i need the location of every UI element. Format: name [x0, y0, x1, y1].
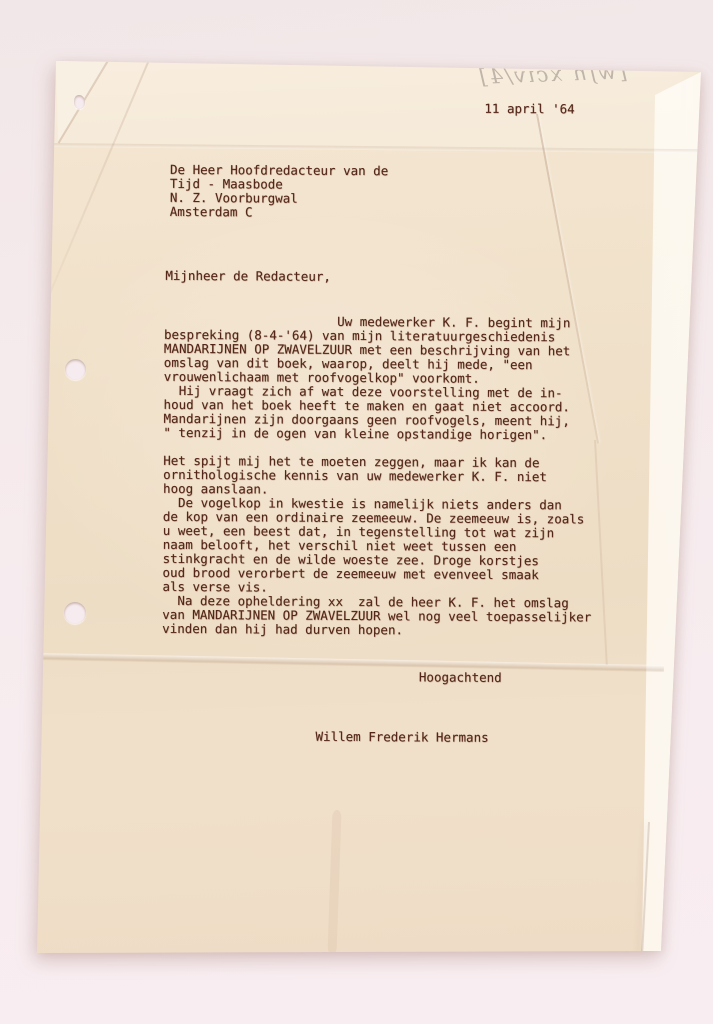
- photo-background: [wfh xciv/4] 11 april '64 De Heer Hoofdr…: [0, 0, 713, 1024]
- letter-sheet: [wfh xciv/4] 11 april '64 De Heer Hoofdr…: [0, 0, 713, 1024]
- recipient-address: De Heer Hoofdredacteur van de Tijd - Maa…: [170, 163, 389, 220]
- salutation: Mijnheer de Redacteur,: [165, 269, 331, 284]
- torn-hole-corner: [74, 95, 85, 109]
- paper-shadow: [wfh xciv/4] 11 april '64 De Heer Hoofdr…: [0, 0, 713, 1024]
- date-line: 11 april '64: [484, 102, 574, 117]
- letter-body: Uw medewerker K. F. begint mijn bespreki…: [162, 314, 593, 639]
- pencil-annotation: [wfh xciv/4]: [430, 59, 627, 100]
- signature-name: Willem Frederik Hermans: [316, 730, 489, 745]
- punch-hole-top: [65, 359, 86, 380]
- closing-line: Hoogachtend: [419, 670, 502, 685]
- letter-text-layer: [wfh xciv/4] 11 april '64 De Heer Hoofdr…: [0, 0, 713, 1024]
- punch-hole-bottom: [64, 602, 86, 624]
